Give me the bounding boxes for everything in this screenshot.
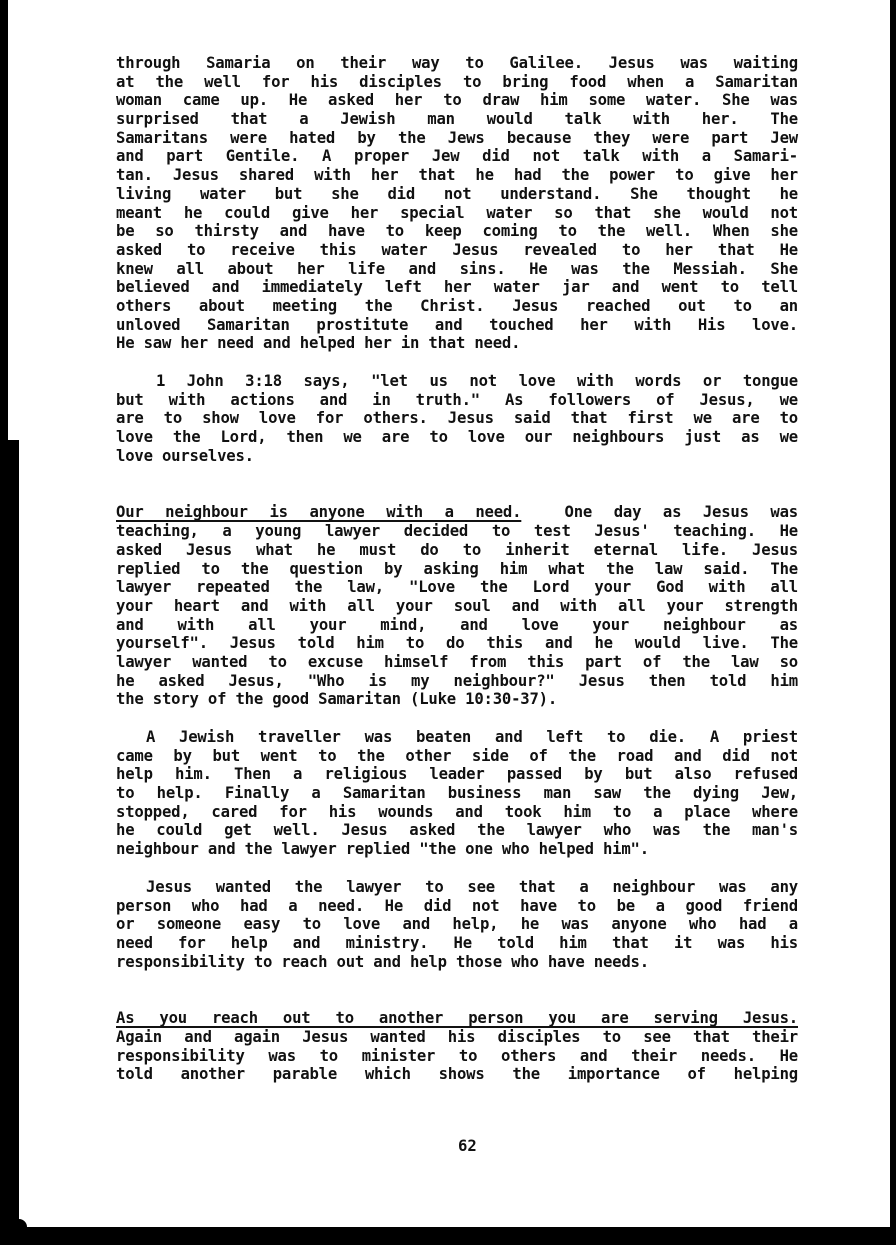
- text-line: meant he could give her special water so…: [116, 204, 798, 223]
- text-line: your heart and with all your soul and wi…: [116, 597, 798, 616]
- text-line: yourself". Jesus told him to do this and…: [116, 634, 798, 653]
- text-line: told another parable which shows the imp…: [116, 1065, 798, 1084]
- heading-line-rest: One day as Jesus was: [521, 503, 798, 521]
- paragraph-serving-jesus-body: Again and again Jesus wanted his discipl…: [116, 1028, 798, 1084]
- text-line: need for help and ministry. He told him …: [116, 934, 798, 953]
- scan-border-left-lower: [0, 440, 19, 1245]
- text-line: A Jewish traveller was beaten and left t…: [116, 728, 798, 747]
- text-line: He saw her need and helped her in that n…: [116, 334, 798, 353]
- text-line: believed and immediately left her water …: [116, 278, 798, 297]
- text-line: Samaritans were hated by the Jews becaus…: [116, 129, 798, 148]
- paragraph-neighbour-body: teaching, a young lawyer decided to test…: [116, 522, 798, 709]
- text-line: person who had a need. He did not have t…: [116, 897, 798, 916]
- text-line: love the Lord, then we are to love our n…: [116, 428, 798, 447]
- section-heading-neighbour: Our neighbour is anyone with a need.: [116, 503, 521, 521]
- text-line: surprised that a Jewish man would talk w…: [116, 110, 798, 129]
- text-line: the story of the good Samaritan (Luke 10…: [116, 690, 798, 709]
- paragraph-samaritan-woman: through Samaria on their way to Galilee.…: [116, 54, 798, 353]
- text-line: he could get well. Jesus asked the lawye…: [116, 821, 798, 840]
- scan-border-bottom: [0, 1227, 896, 1245]
- paragraph-lawyer-see: Jesus wanted the lawyer to see that a ne…: [116, 878, 798, 971]
- text-line: are to show love for others. Jesus said …: [116, 409, 798, 428]
- text-line: help him. Then a religious leader passed…: [116, 765, 798, 784]
- text-line: living water but she did not understand.…: [116, 185, 798, 204]
- text-line: teaching, a young lawyer decided to test…: [116, 522, 798, 541]
- text-line: responsibility to reach out and help tho…: [116, 953, 798, 972]
- text-line: Jesus wanted the lawyer to see that a ne…: [116, 878, 798, 897]
- text-line: love ourselves.: [116, 447, 798, 466]
- text-line: knew all about her life and sins. He was…: [116, 260, 798, 279]
- page-number: 62: [458, 1137, 477, 1155]
- text-line: responsibility was to minister to others…: [116, 1047, 798, 1066]
- text-line: but with actions and in truth." As follo…: [116, 391, 798, 410]
- heading-line: As you reach out to another person you a…: [116, 1009, 798, 1028]
- text-line: unloved Samaritan prostitute and touched…: [116, 316, 798, 335]
- text-line: through Samaria on their way to Galilee.…: [116, 54, 798, 73]
- paragraph-jewish-traveller: A Jewish traveller was beaten and left t…: [116, 728, 798, 859]
- text-line: Again and again Jesus wanted his discipl…: [116, 1028, 798, 1047]
- text-line: tan. Jesus shared with her that he had t…: [116, 166, 798, 185]
- text-line: be so thirsty and have to keep coming to…: [116, 222, 798, 241]
- heading-line: Our neighbour is anyone with a need. One…: [116, 503, 798, 522]
- text-line: asked Jesus what he must do to inherit e…: [116, 541, 798, 560]
- text-line: lawyer repeated the law, "Love the Lord …: [116, 578, 798, 597]
- text-line: to help. Finally a Samaritan business ma…: [116, 784, 798, 803]
- text-line: replied to the question by asking him wh…: [116, 560, 798, 579]
- text-line: lawyer wanted to excuse himself from thi…: [116, 653, 798, 672]
- text-line: neighbour and the lawyer replied "the on…: [116, 840, 798, 859]
- text-line: he asked Jesus, "Who is my neighbour?" J…: [116, 672, 798, 691]
- text-line: at the well for his disciples to bring f…: [116, 73, 798, 92]
- section-heading-serving-jesus: As you reach out to another person you a…: [116, 1009, 798, 1027]
- scan-border-left: [0, 0, 8, 440]
- document-page: through Samaria on their way to Galilee.…: [116, 54, 798, 1084]
- text-line: came by but went to the other side of th…: [116, 747, 798, 766]
- scan-border-corner: [19, 1219, 27, 1227]
- scan-border-right: [890, 0, 896, 1245]
- text-line: others about meeting the Christ. Jesus r…: [116, 297, 798, 316]
- text-line: asked to receive this water Jesus reveal…: [116, 241, 798, 260]
- text-line: 1 John 3:18 says, "let us not love with …: [116, 372, 798, 391]
- paragraph-john-3-18: 1 John 3:18 says, "let us not love with …: [116, 372, 798, 465]
- paragraph-neighbour: Our neighbour is anyone with a need. One…: [116, 503, 798, 709]
- text-line: woman came up. He asked her to draw him …: [116, 91, 798, 110]
- text-line: or someone easy to love and help, he was…: [116, 915, 798, 934]
- paragraph-serving-jesus: As you reach out to another person you a…: [116, 1009, 798, 1084]
- text-line: and part Gentile. A proper Jew did not t…: [116, 147, 798, 166]
- text-line: stopped, cared for his wounds and took h…: [116, 803, 798, 822]
- text-line: and with all your mind, and love your ne…: [116, 616, 798, 635]
